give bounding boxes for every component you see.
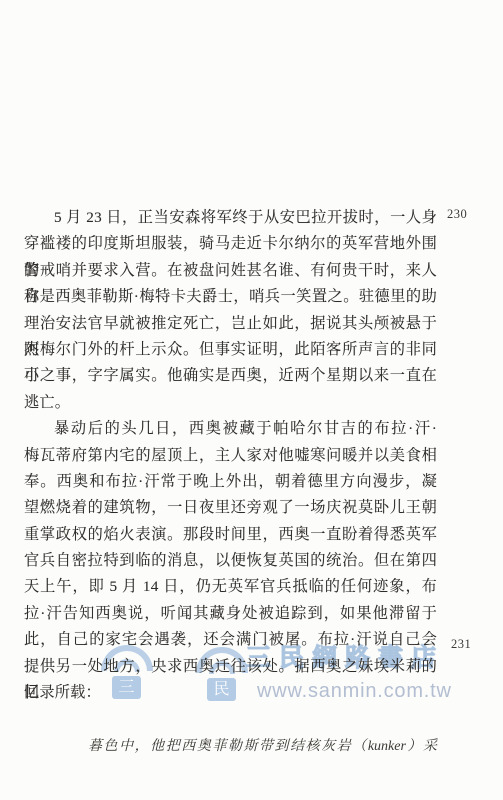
quote-line: 暮色中，他把西奥菲勒斯带到结核灰岩（kunker）采 (88, 736, 437, 758)
text-line: 官兵自密拉特到临的消息，以便恢复英国的统治。但在第四 (24, 548, 437, 574)
text-line: 逃亡。 (24, 390, 437, 416)
paragraph: 5 月 23 日，正当安森将军终于从安巴拉开拔时，一人身穿褴褛的印度斯坦服装，骑… (24, 205, 437, 416)
book-page: 三 民 三民網路書店 www.sanmin.com.tw 5 月 23 日，正当… (0, 0, 503, 800)
text-line: 梅瓦蒂府第内宅的屋顶上，主人家对他嘘寒问暖并以美食相 (24, 443, 437, 469)
text-line: 此，自己的家宅会遇袭，还会满门被屠。布拉·汗说自己会 (24, 627, 437, 653)
text-line: 拉·汗告知西奥说，听闻其藏身处被追踪到，如果他滞留于 (24, 601, 437, 627)
text-line: 重掌政权的焰火表演。那段时间里，西奥一直盼着得悉英军 (24, 522, 437, 548)
text-line: 可之事，字字属实。他确实是西奥，近两个星期以来一直在 (24, 363, 437, 389)
margin-page-number-230: 230 (447, 207, 467, 221)
text-line: 望燃烧着的建筑物，一日夜里还旁观了一场庆祝莫卧儿王朝 (24, 495, 437, 521)
margin-page-number-231: 231 (451, 637, 471, 651)
text-line: 暴动后的头几日，西奥被藏于帕哈尔甘吉的布拉·汗· (24, 416, 437, 442)
text-line: 5 月 23 日，正当安森将军终于从安巴拉开拔时，一人身 (24, 205, 437, 231)
text-line: 奉。西奥和布拉·汗常于晚上外出，朝着德里方向漫步，凝 (24, 469, 437, 495)
text-block: 5 月 23 日，正当安森将军终于从安巴拉开拔时，一人身穿褴褛的印度斯坦服装，骑… (24, 205, 437, 706)
text-line: 杰梅尔门外的杆上示众。但事实证明，此陌客所声言的非同小 (24, 337, 437, 363)
text-line: 提供另一处地方，央求西奥迁往该处。据西奥之妹埃米莉的回 (24, 654, 437, 680)
paragraph: 暴动后的头几日，西奥被藏于帕哈尔甘吉的布拉·汗·梅瓦蒂府第内宅的屋顶上，主人家对… (24, 416, 437, 706)
text-line: 警戒哨并要求入营。在被盘问姓甚名谁、有何贵干时，来人自 (24, 258, 437, 284)
text-line: 穿褴褛的印度斯坦服装，骑马走近卡尔纳尔的英军营地外围的 (24, 231, 437, 257)
text-line: 称是西奥菲勒斯·梅特卡夫爵士，哨兵一笑置之。驻德里的助 (24, 284, 437, 310)
text-line: 忆录所载： (24, 680, 437, 706)
text-line: 天上午，即 5 月 14 日，仍无英军官兵抵临的任何迹象，布 (24, 574, 437, 600)
text-line: 理治安法官早就被推定死亡，岂止如此，据说其头颅被悬于阿 (24, 311, 437, 337)
